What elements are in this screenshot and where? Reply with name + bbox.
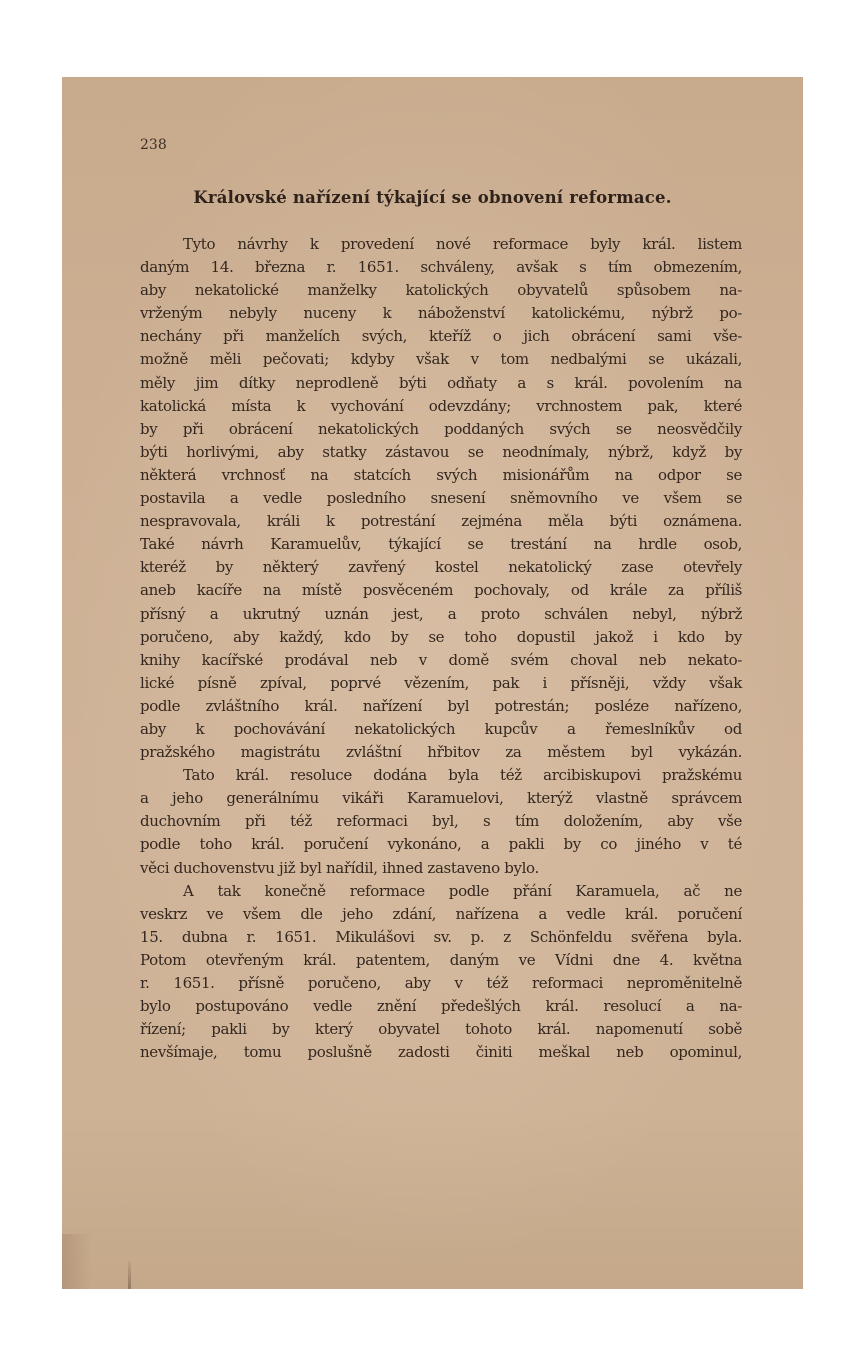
text-line: možně měli pečovati; kdyby však v tom ne… bbox=[140, 348, 742, 371]
text-line: Potom otevřeným král. patentem, daným ve… bbox=[140, 949, 742, 972]
text-line: poručeno, aby každý, kdo by se toho dopu… bbox=[140, 626, 742, 649]
text-line: býti horlivými, aby statky zástavou se n… bbox=[140, 441, 742, 464]
text-line: pražského magistrátu zvláštní hřbitov za… bbox=[140, 741, 742, 764]
text-line: lické písně zpíval, poprvé vězením, pak … bbox=[140, 672, 742, 695]
text-line: 15. dubna r. 1651. Mikulášovi sv. p. z S… bbox=[140, 926, 742, 949]
scanned-book-page: 238 Královské nařízení týkající se obnov… bbox=[62, 77, 803, 1289]
text-line: duchovním při též reformaci byl, s tím d… bbox=[140, 810, 742, 833]
page-number: 238 bbox=[140, 137, 167, 153]
chapter-title: Královské nařízení týkající se obnovení … bbox=[62, 188, 803, 207]
text-line: nespravovala, králi k potrestání zejména… bbox=[140, 510, 742, 533]
text-line: daným 14. března r. 1651. schváleny, avš… bbox=[140, 256, 742, 279]
text-line: postavila a vedle posledního snesení sně… bbox=[140, 487, 742, 510]
text-line: A tak konečně reformace podle přání Kara… bbox=[140, 880, 742, 903]
paragraph-2: Tato král. resoluce dodána byla též arci… bbox=[140, 764, 742, 879]
paragraph-3: A tak konečně reformace podle přání Kara… bbox=[140, 880, 742, 1065]
text-line: podle toho král. poručení vykonáno, a pa… bbox=[140, 833, 742, 856]
paragraph-1: Tyto návrhy k provedení nové reformace b… bbox=[140, 233, 742, 764]
text-line: r. 1651. přísně poručeno, aby v též refo… bbox=[140, 972, 742, 995]
text-line: měly jim dítky neprodleně býti odňaty a … bbox=[140, 372, 742, 395]
text-line: aneb kacíře na místě posvěceném pochoval… bbox=[140, 579, 742, 602]
text-line: přísný a ukrutný uznán jest, a proto sch… bbox=[140, 603, 742, 626]
text-line: Také návrh Karamuelův, týkající se trest… bbox=[140, 533, 742, 556]
text-line: knihy kacířské prodával neb v domě svém … bbox=[140, 649, 742, 672]
page-crease bbox=[128, 1261, 131, 1289]
text-line: aby nekatolické manželky katolických oby… bbox=[140, 279, 742, 302]
text-line: by při obrácení nekatolických poddaných … bbox=[140, 418, 742, 441]
text-line: řízení; pakli by který obyvatel tohoto k… bbox=[140, 1018, 742, 1041]
text-line: Tato král. resoluce dodána byla též arci… bbox=[140, 764, 742, 787]
text-line: kteréž by některý zavřený kostel nekatol… bbox=[140, 556, 742, 579]
text-line: bylo postupováno vedle znění předešlých … bbox=[140, 995, 742, 1018]
text-line: nevšímaje, tomu poslušně zadosti činiti … bbox=[140, 1041, 742, 1064]
text-line: aby k pochovávání nekatolických kupcův a… bbox=[140, 718, 742, 741]
text-line: Tyto návrhy k provedení nové reformace b… bbox=[140, 233, 742, 256]
text-line: podle zvláštního král. nařízení byl potr… bbox=[140, 695, 742, 718]
text-line: veskrz ve všem dle jeho zdání, nařízena … bbox=[140, 903, 742, 926]
text-line: a jeho generálnímu vikáři Karamuelovi, k… bbox=[140, 787, 742, 810]
text-line: vrženým nebyly nuceny k náboženství kato… bbox=[140, 302, 742, 325]
text-line: některá vrchnosť na statcích svých misio… bbox=[140, 464, 742, 487]
body-text: Tyto návrhy k provedení nové reformace b… bbox=[140, 233, 742, 1064]
text-line: nechány při manželích svých, kteříž o ji… bbox=[140, 325, 742, 348]
text-line: věci duchovenstvu již byl nařídil, ihned… bbox=[140, 857, 742, 880]
text-line: katolická místa k vychování odevzdány; v… bbox=[140, 395, 742, 418]
